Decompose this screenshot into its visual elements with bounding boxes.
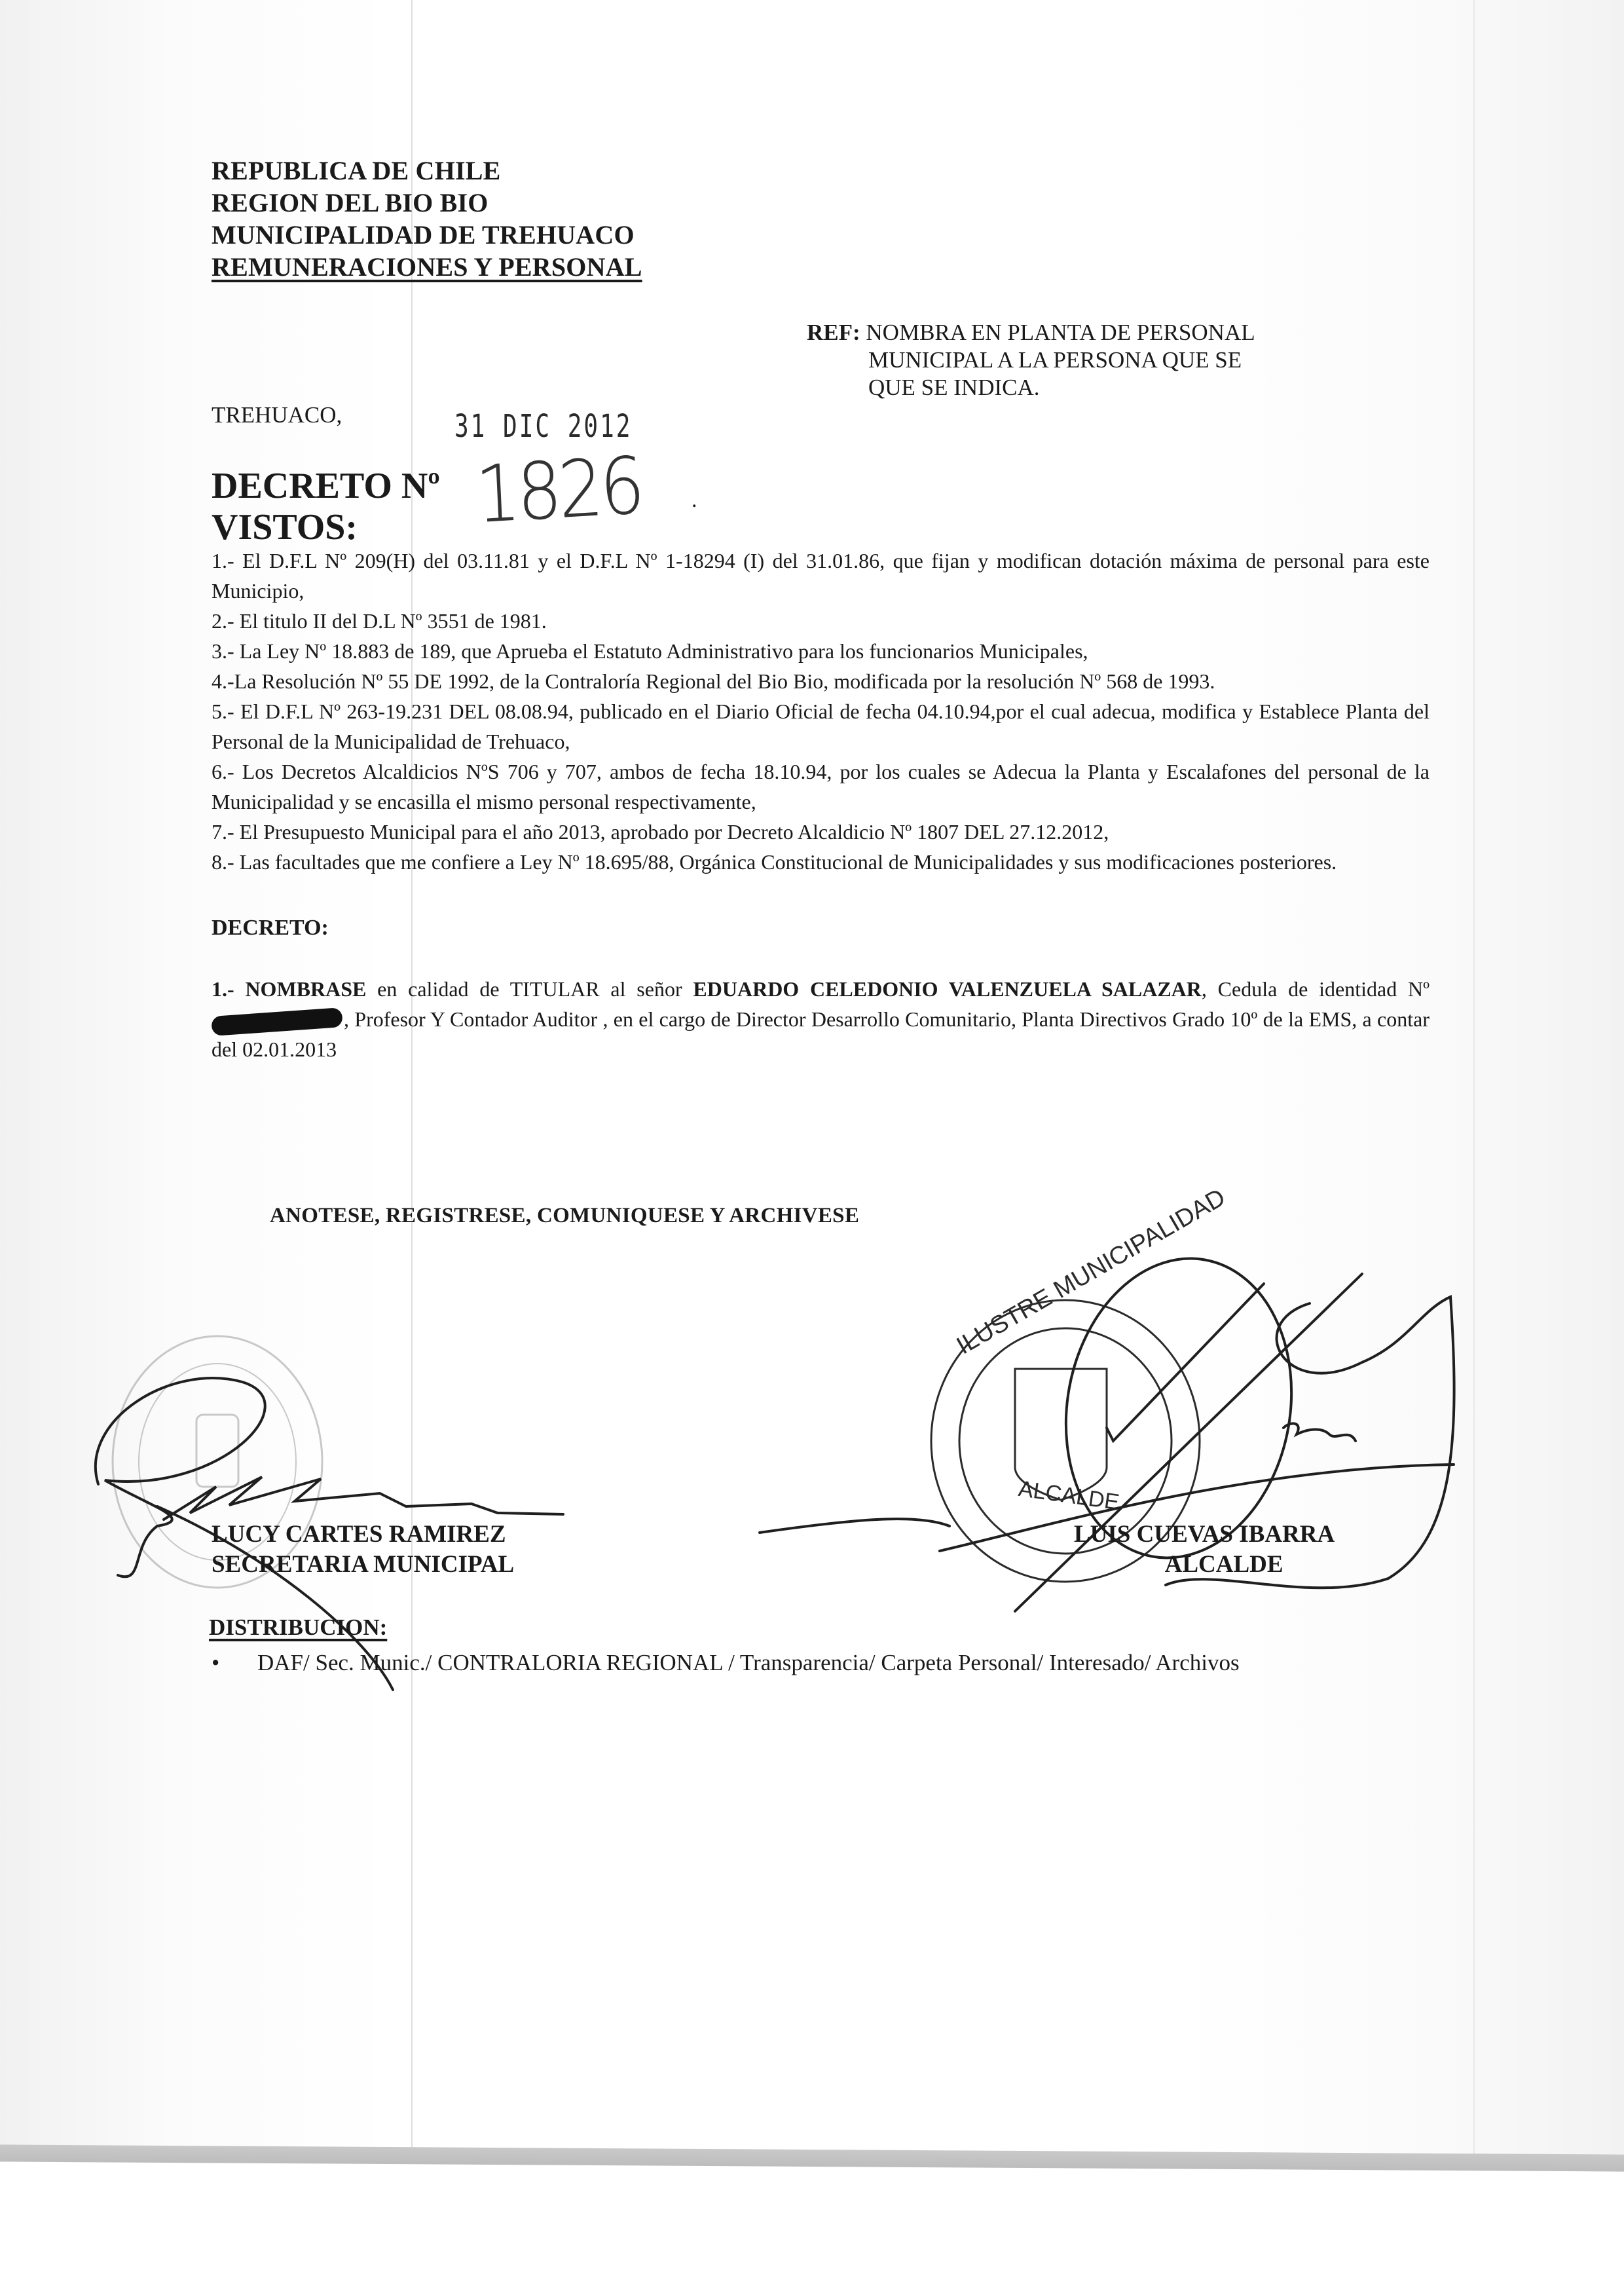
mayor-signature-block: LUIS CUEVAS IBARRA ALCALDE [1074,1520,1335,1580]
secretary-title: SECRETARIA MUNICIPAL [212,1550,514,1580]
secretary-name: LUCY CARTES RAMIREZ [212,1520,514,1550]
mayor-title: ALCALDE [1074,1550,1335,1580]
seals-and-signatures: ALCALDE ILUSTRE MUNICIPALIDAD [0,0,1624,2295]
bullet-icon: • [212,1647,257,1678]
distribution-item: DAF/ Sec. Munic./ CONTRALORIA REGIONAL /… [257,1647,1331,1678]
distribution-list: • DAF/ Sec. Munic./ CONTRALORIA REGIONAL… [212,1647,1390,1678]
secretary-signature-block: LUCY CARTES RAMIREZ SECRETARIA MUNICIPAL [212,1520,514,1580]
mayor-name: LUIS CUEVAS IBARRA [1074,1520,1335,1550]
distribution-title: DISTRIBUCION: [209,1614,387,1641]
svg-text:ALCALDE: ALCALDE [1017,1476,1121,1515]
svg-text:ILUSTRE MUNICIPALIDAD: ILUSTRE MUNICIPALIDAD [952,1184,1230,1360]
